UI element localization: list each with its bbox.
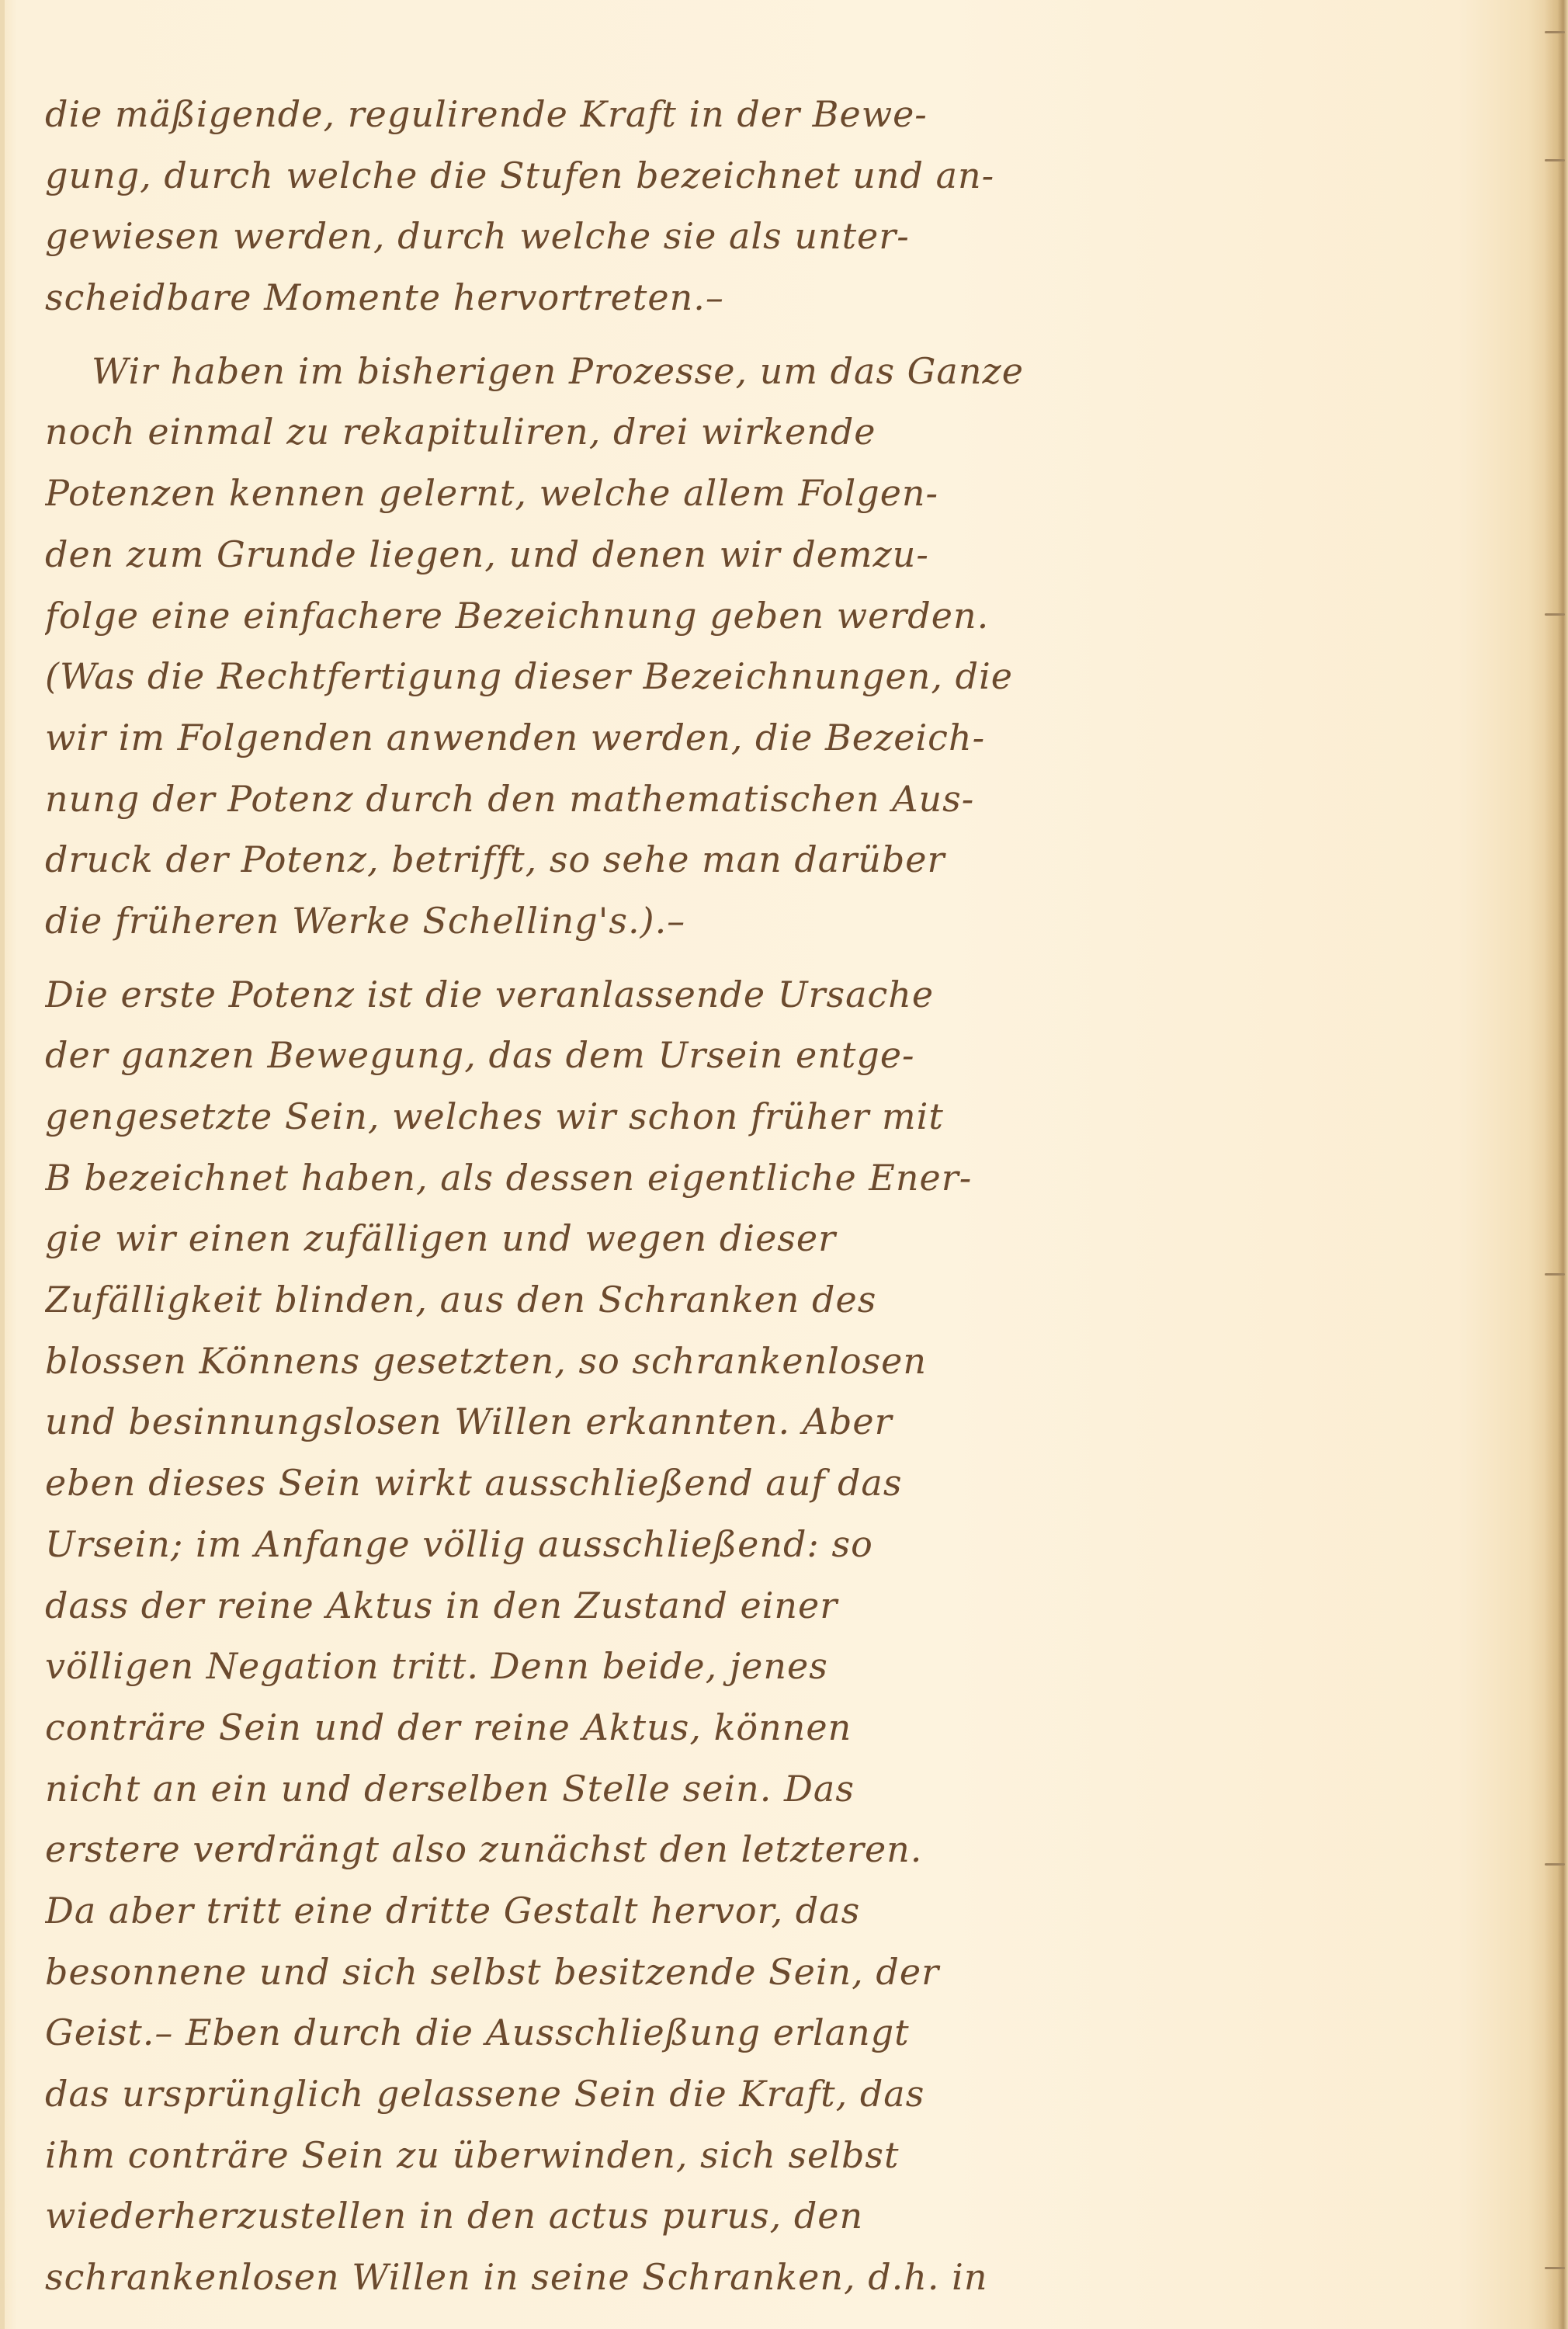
text-line: (Was die Rechtfertigung dieser Bezeichnu… [45, 646, 1520, 707]
text-line: Die erste Potenz ist die veranlassende U… [45, 964, 1520, 1026]
text-line: nicht an ein und derselben Stelle sein. … [45, 1758, 1520, 1820]
manuscript-page: die mäßigende, regulirende Kraft in der … [0, 0, 1568, 2329]
text-line: gewiesen werden, durch welche sie als un… [45, 206, 1520, 267]
text-line: Da aber tritt eine dritte Gestalt hervor… [45, 1880, 1520, 1942]
page-fold-binding [1545, 0, 1568, 2329]
binding-mark [1545, 1273, 1565, 1276]
text-line: dass der reine Aktus in den Zustand eine… [45, 1575, 1520, 1637]
text-line: nung der Potenz durch den mathematischen… [45, 769, 1520, 830]
text-line: völligen Negation tritt. Denn beide, jen… [45, 1636, 1520, 1697]
binding-mark [1545, 613, 1565, 616]
text-line: gung, durch welche die Stufen bezeichnet… [45, 145, 1520, 207]
text-line: Zufälligkeit blinden, aus den Schranken … [45, 1269, 1520, 1331]
binding-mark [1545, 1863, 1565, 1866]
text-line: Ursein; im Anfange völlig ausschließend:… [45, 1514, 1520, 1575]
text-line: gie wir einen zufälligen und wegen diese… [45, 1208, 1520, 1269]
text-line: scheidbare Momente hervortreten.– [45, 267, 1520, 328]
text-line: conträre Sein und der reine Aktus, könne… [45, 1697, 1520, 1758]
text-line: den zum Grunde liegen, und denen wir dem… [45, 524, 1520, 585]
handwritten-text-body: die mäßigende, regulirende Kraft in der … [45, 84, 1520, 2308]
text-line: das ursprünglich gelassene Sein die Kraf… [45, 2063, 1520, 2125]
text-line: wiederherzustellen in den actus purus, d… [45, 2185, 1520, 2247]
text-line: gengesetzte Sein, welches wir schon früh… [45, 1086, 1520, 1147]
text-line: und besinnungslosen Willen erkannten. Ab… [45, 1391, 1520, 1453]
text-line: eben dieses Sein wirkt ausschließend auf… [45, 1453, 1520, 1514]
text-line: wir im Folgenden anwenden werden, die Be… [45, 707, 1520, 769]
text-line: schrankenlosen Willen in seine Schranken… [45, 2247, 1520, 2308]
text-line: Geist.– Eben durch die Ausschließung erl… [45, 2002, 1520, 2063]
text-line: druck der Potenz, betrifft, so sehe man … [45, 829, 1520, 890]
binding-mark [1545, 159, 1565, 161]
text-line: blossen Könnens gesetzten, so schrankenl… [45, 1331, 1520, 1392]
text-line: noch einmal zu rekapituliren, drei wirke… [45, 401, 1520, 463]
text-line: erstere verdrängt also zunächst den letz… [45, 1819, 1520, 1880]
text-line: folge eine einfachere Bezeichnung geben … [45, 585, 1520, 647]
page-left-edge [0, 0, 5, 2329]
text-line: der ganzen Bewegung, das dem Ursein entg… [45, 1025, 1520, 1086]
text-line: besonnene und sich selbst besitzende Sei… [45, 1942, 1520, 2003]
binding-mark [1545, 2267, 1565, 2269]
text-line: die früheren Werke Schelling's.).– [45, 890, 1520, 952]
binding-mark [1545, 31, 1565, 33]
text-line: ihm conträre Sein zu überwinden, sich se… [45, 2125, 1520, 2186]
text-line: Potenzen kennen gelernt, welche allem Fo… [45, 463, 1520, 524]
text-line: die mäßigende, regulirende Kraft in der … [45, 84, 1520, 145]
text-line: Wir haben im bisherigen Prozesse, um das… [45, 341, 1520, 402]
text-line: B bezeichnet haben, als dessen eigentlic… [45, 1147, 1520, 1209]
